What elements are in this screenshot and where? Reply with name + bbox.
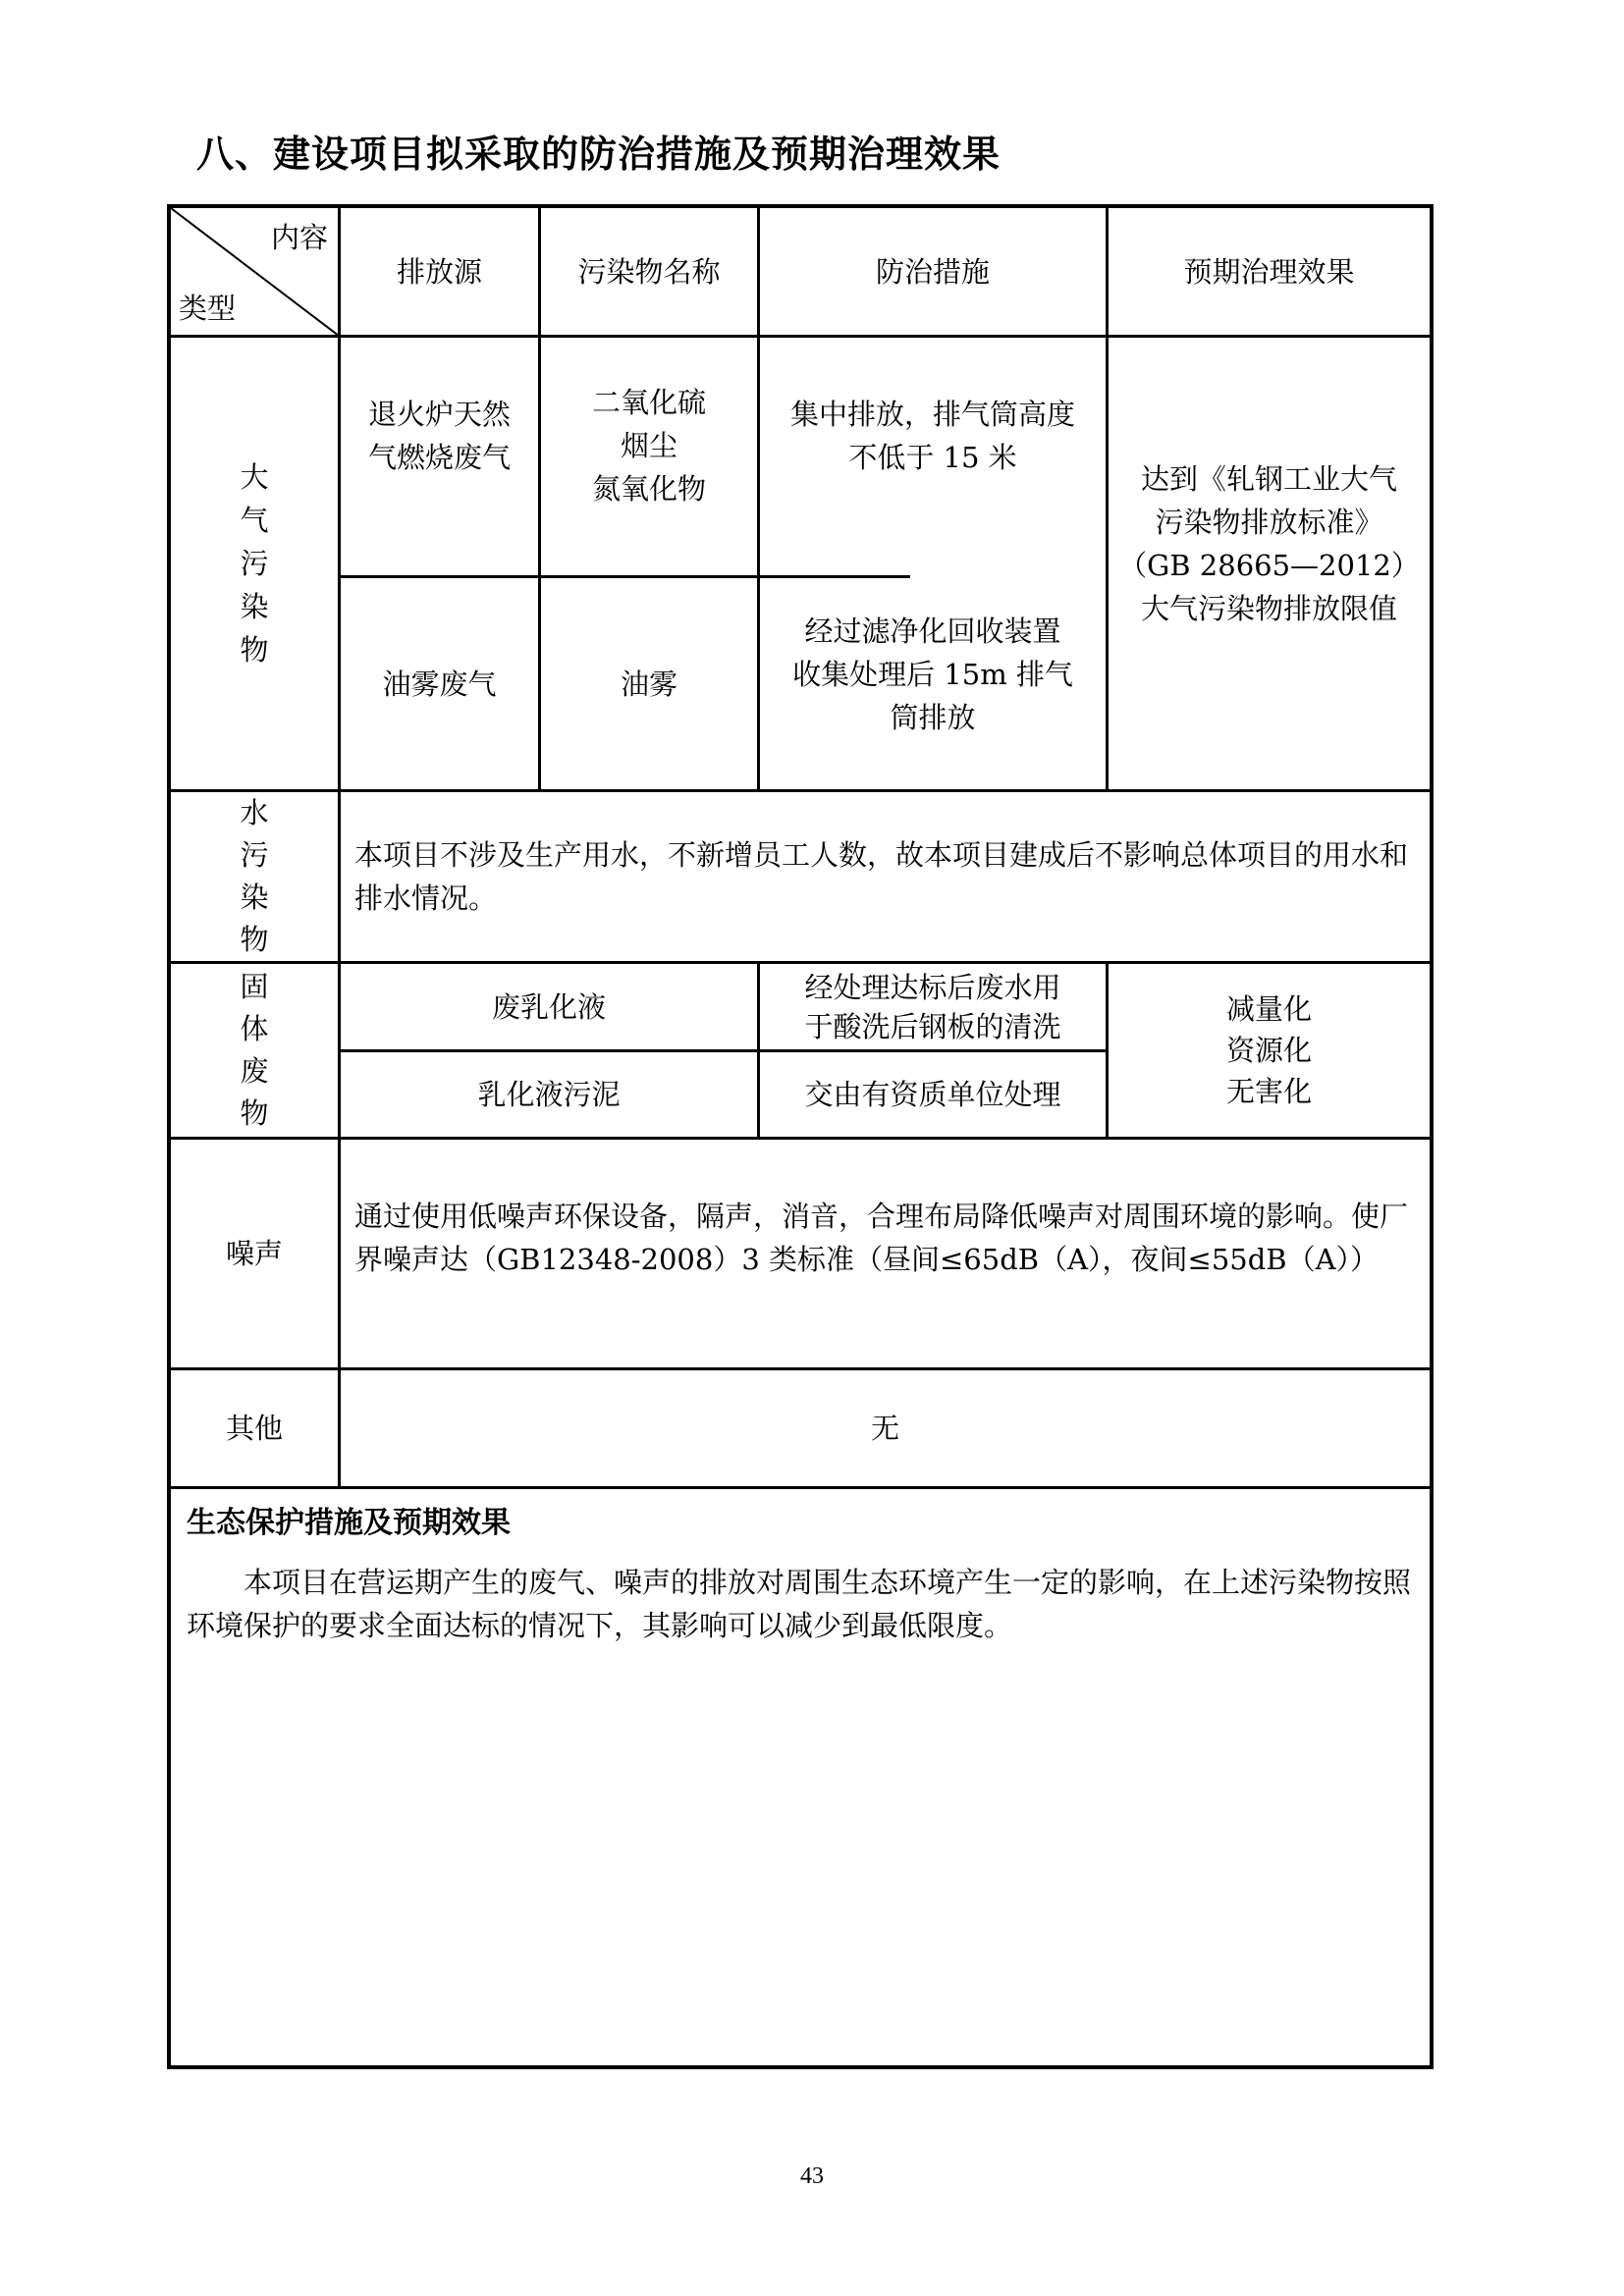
air-pollutant-2: 油雾 bbox=[541, 578, 757, 789]
corner-label-content: 内容 bbox=[240, 216, 328, 259]
air-source-1: 退火炉天然 气燃烧废气 bbox=[341, 338, 538, 534]
header-source: 排放源 bbox=[341, 208, 538, 335]
air-pollutant-1: 二氧化硫 烟尘 氮氧化物 bbox=[541, 338, 757, 554]
solid-measure-2: 交由有资质单位处理 bbox=[760, 1052, 1106, 1137]
water-text: 本项目不涉及生产用水，不新增员工人数，故本项目建成后不影响总体项目的用水和排水情… bbox=[341, 792, 1430, 961]
measures-table: 内容 类型 排放源 污染物名称 防治措施 预期治理效果 大 气 污 染 物 退火… bbox=[167, 204, 1434, 2069]
page-number: 43 bbox=[0, 2163, 1624, 2190]
category-air: 大 气 污 染 物 bbox=[171, 338, 338, 789]
page-title: 八、建设项目拟采取的防治措施及预期治理效果 bbox=[196, 124, 1001, 178]
other-text: 无 bbox=[341, 1370, 1430, 1486]
ecology-heading: 生态保护措施及预期效果 bbox=[187, 1498, 511, 1541]
header-pollutant: 污染物名称 bbox=[541, 208, 757, 335]
solid-measure-1: 经处理达标后废水用 于酸洗后钢板的清洗 bbox=[760, 964, 1106, 1049]
air-measure-1: 集中排放，排气筒高度 不低于 15 米 bbox=[760, 338, 1106, 534]
category-noise: 噪声 bbox=[171, 1140, 338, 1367]
corner-label-type: 类型 bbox=[179, 287, 267, 330]
category-other: 其他 bbox=[171, 1370, 338, 1486]
solid-effect: 减量化 资源化 无害化 bbox=[1109, 964, 1430, 1137]
air-measure-2: 经过滤净化回收装置 收集处理后 15m 排气 筒排放 bbox=[760, 578, 1106, 770]
header-measure: 防治措施 bbox=[760, 208, 1106, 335]
header-effect: 预期治理效果 bbox=[1109, 208, 1430, 335]
air-effect: 达到《轧钢工业大气 污染物排放标准》 （GB 28665—2012） 大气污染物… bbox=[1109, 338, 1430, 750]
air-source-2: 油雾废气 bbox=[341, 578, 538, 789]
category-water: 水 污 染 物 bbox=[171, 792, 338, 961]
solid-name-1: 废乳化液 bbox=[341, 964, 757, 1049]
category-solid: 固 体 废 物 bbox=[171, 964, 338, 1137]
row-divider bbox=[171, 1486, 1430, 1489]
ecology-text: 本项目在营运期产生的废气、噪声的排放对周围生态环境产生一定的影响，在上述污染物按… bbox=[187, 1561, 1414, 1647]
solid-name-2: 乳化液污泥 bbox=[341, 1052, 757, 1137]
noise-text: 通过使用低噪声环保设备，隔声，消音，合理布局降低噪声对周围环境的影响。使厂界噪声… bbox=[341, 1140, 1430, 1336]
